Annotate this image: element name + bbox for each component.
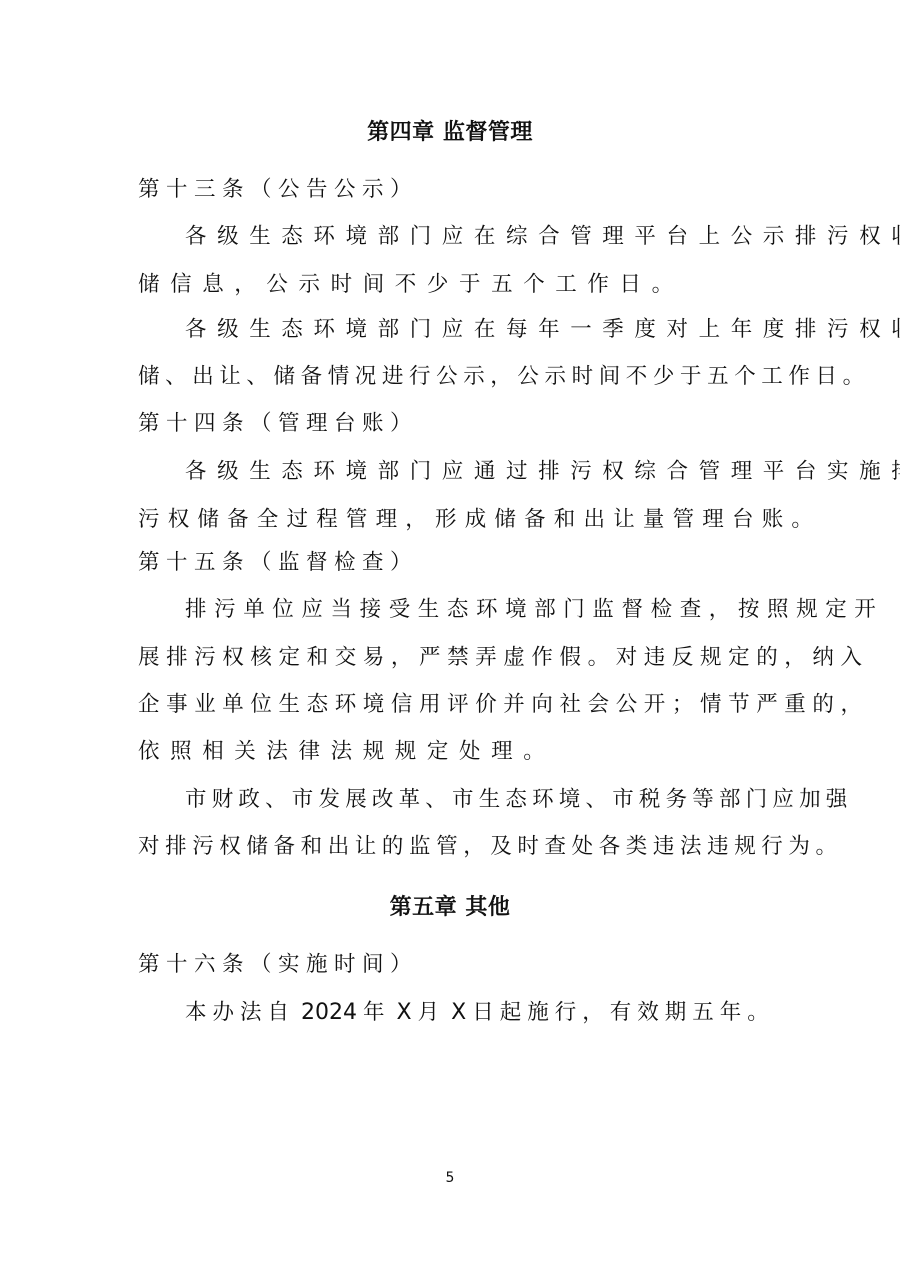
effective-text-b: 年: [363, 1000, 391, 1025]
article-15-paragraph-1-line-4: 依照相关法律法规规定处理。: [138, 737, 768, 767]
article-15-paragraph-1-line-3: 企事业单位生态环境信用评价并向社会公开；情节严重的，: [138, 690, 768, 720]
article-15-heading: 第十五条（监督检查）: [138, 548, 768, 578]
article-14-paragraph-line-2: 污权储备全过程管理，形成储备和出让量管理台账。: [138, 505, 768, 535]
article-14-paragraph-line-1: 各级生态环境部门应通过排污权综合管理平台实施排: [185, 457, 815, 487]
article-16-paragraph: 本办法自2024年X月X日起施行，有效期五年。: [185, 998, 815, 1028]
article-15-paragraph-1-line-2: 展排污权核定和交易，严禁弄虚作假。对违反规定的，纳入: [138, 643, 768, 673]
article-15-paragraph-2-line-1: 市财政、市发展改革、市生态环境、市税务等部门应加强: [185, 785, 815, 815]
article-13-paragraph-2-line-1: 各级生态环境部门应在每年一季度对上年度排污权收: [185, 315, 815, 345]
chapter-5-title: 第五章 其他: [0, 893, 900, 923]
article-13-paragraph-2-line-2: 储、出让、储备情况进行公示，公示时间不少于五个工作日。: [138, 362, 768, 392]
effective-text-a: 本办法自: [185, 1000, 295, 1025]
article-13-paragraph-1-line-1: 各级生态环境部门应在综合管理平台上公示排污权收: [185, 222, 815, 252]
chapter-4-title: 第四章 监督管理: [0, 118, 900, 148]
effective-text-d: 日起施行，有效期五年。: [472, 1000, 775, 1025]
page-number: 5: [0, 1170, 900, 1186]
article-15-paragraph-1-line-1: 排污单位应当接受生态环境部门监督检查，按照规定开: [185, 595, 815, 625]
article-13-paragraph-1-line-2: 储信息，公示时间不少于五个工作日。: [138, 270, 768, 300]
article-14-heading: 第十四条（管理台账）: [138, 409, 768, 439]
effective-year: 2024: [295, 1000, 363, 1025]
article-13-heading: 第十三条（公告公示）: [138, 175, 768, 205]
article-15-paragraph-2-line-2: 对排污权储备和出让的监管，及时查处各类违法违规行为。: [138, 832, 768, 862]
article-16-heading: 第十六条（实施时间）: [138, 950, 768, 980]
effective-text-c: 月: [418, 1000, 446, 1025]
effective-day: X: [445, 1000, 472, 1025]
effective-month: X: [391, 1000, 418, 1025]
